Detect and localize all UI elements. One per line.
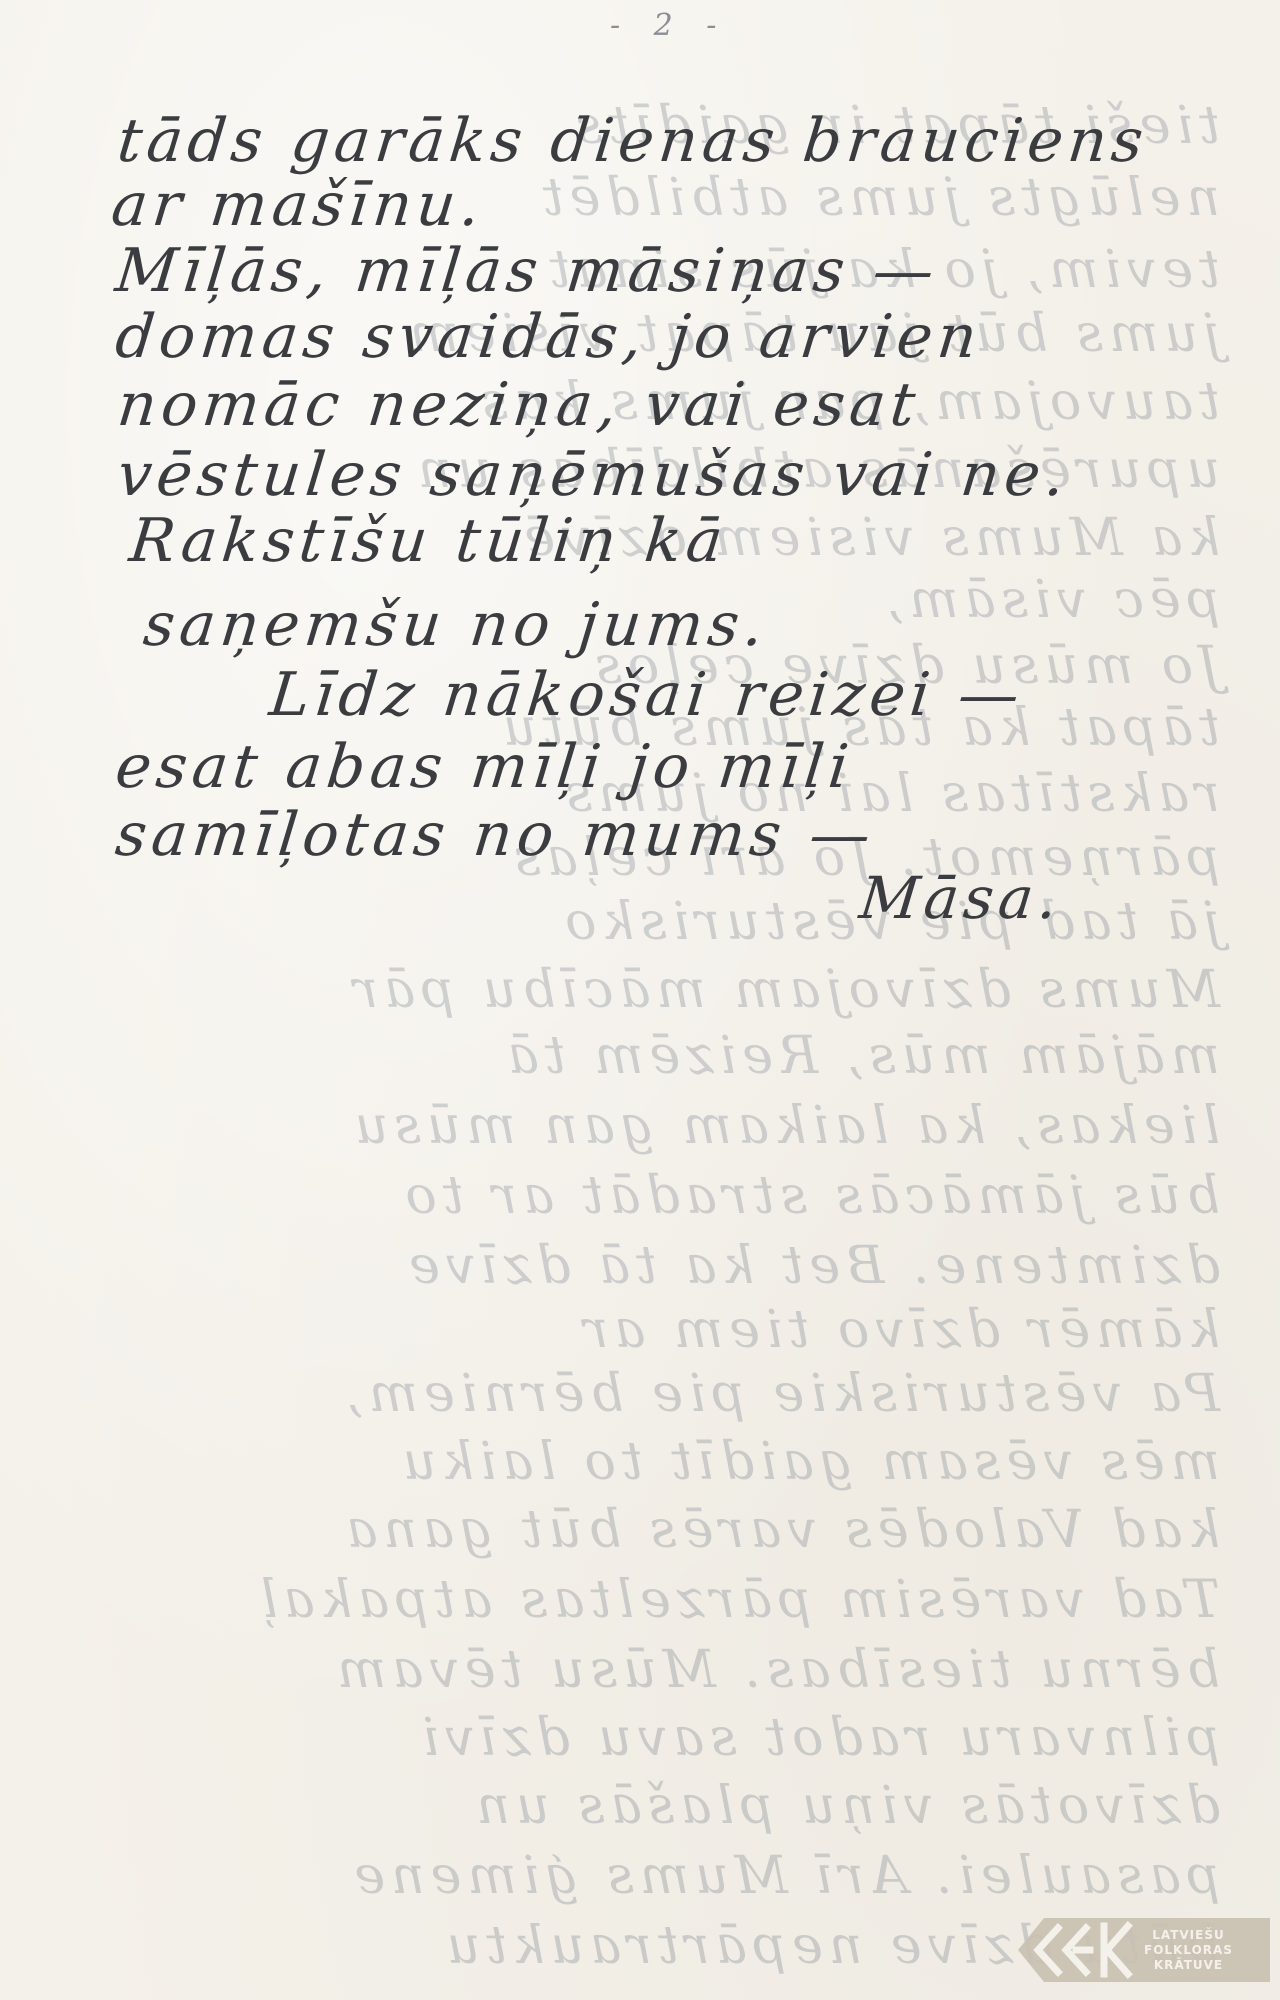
bleed-line: pilnvaru radot savu dzīvi <box>60 1708 1220 1768</box>
bleed-line: mājām mūs, Reizēm tā <box>60 1026 1220 1086</box>
bleed-line: bērnu tiesības. Mūsu tēvam <box>60 1640 1220 1700</box>
bleed-line: Mums dzīvojam mācību pār <box>60 960 1220 1020</box>
bleed-line: kāmēr dzīvo tiem ar <box>60 1300 1220 1360</box>
letter-line: esat abas mīļi jo mīļi <box>112 732 856 802</box>
letter-line: vēstules saņēmušas vai ne. <box>114 440 1073 510</box>
logo-line-2: FOLKLORAS <box>1144 1943 1233 1958</box>
letter-line: ar mašīnu. <box>108 170 488 240</box>
letter-line: Rakstīšu tūliņ kā <box>126 506 731 576</box>
lfk-mark-icon <box>1018 1918 1138 1982</box>
letter-line: Mīļās, mīļās māsiņas — <box>112 236 942 306</box>
page-number: - 2 - <box>610 8 728 43</box>
logo-line-1: LATVIEŠU <box>1144 1928 1233 1943</box>
bleed-line: kad Valodēs varēs būt gana <box>60 1500 1220 1560</box>
letter-line: samīļotas no mums — <box>112 800 878 870</box>
logo-text: LATVIEŠU FOLKLORAS KRĀTUVE <box>1144 1928 1233 1973</box>
bleed-line: būs jāmācās stradāt ar to <box>60 1166 1220 1226</box>
letter-line: Līdz nākošai reizei — <box>266 660 1027 730</box>
bleed-line: Pa vēsturiskie pie bērniem, <box>60 1364 1220 1424</box>
letter-line: nomāc neziņa, vai esat <box>114 370 923 440</box>
bleed-line: liekas, ka laikam gan mūsu <box>60 1096 1220 1156</box>
bleed-line: pasaulei. Arī Mums ģimene <box>60 1846 1220 1906</box>
watermark-logo: LATVIEŠU FOLKLORAS KRĀTUVE <box>1018 1918 1270 1982</box>
letter-line: tāds garāks dienas brauciens <box>114 106 1151 176</box>
letter-line: domas svaidās, jo arvien <box>112 302 985 372</box>
logo-line-3: KRĀTUVE <box>1144 1958 1233 1973</box>
bleed-line: dzīvotās viņu plašās un <box>60 1776 1220 1836</box>
letter-page: tieši tāpat ir gaidīts nelūgts jums atbi… <box>0 0 1280 2000</box>
bleed-line: Tad varēsim pārzeltas atpakaļ <box>60 1570 1220 1630</box>
letter-line: saņemšu no jums. <box>140 590 771 660</box>
signature: Māsa. <box>856 864 1065 932</box>
bleed-line: dzimtene. Bet ka tā dzīve <box>60 1236 1220 1296</box>
bleed-line: mēs vēsam gaidīt to laiku <box>60 1432 1220 1492</box>
